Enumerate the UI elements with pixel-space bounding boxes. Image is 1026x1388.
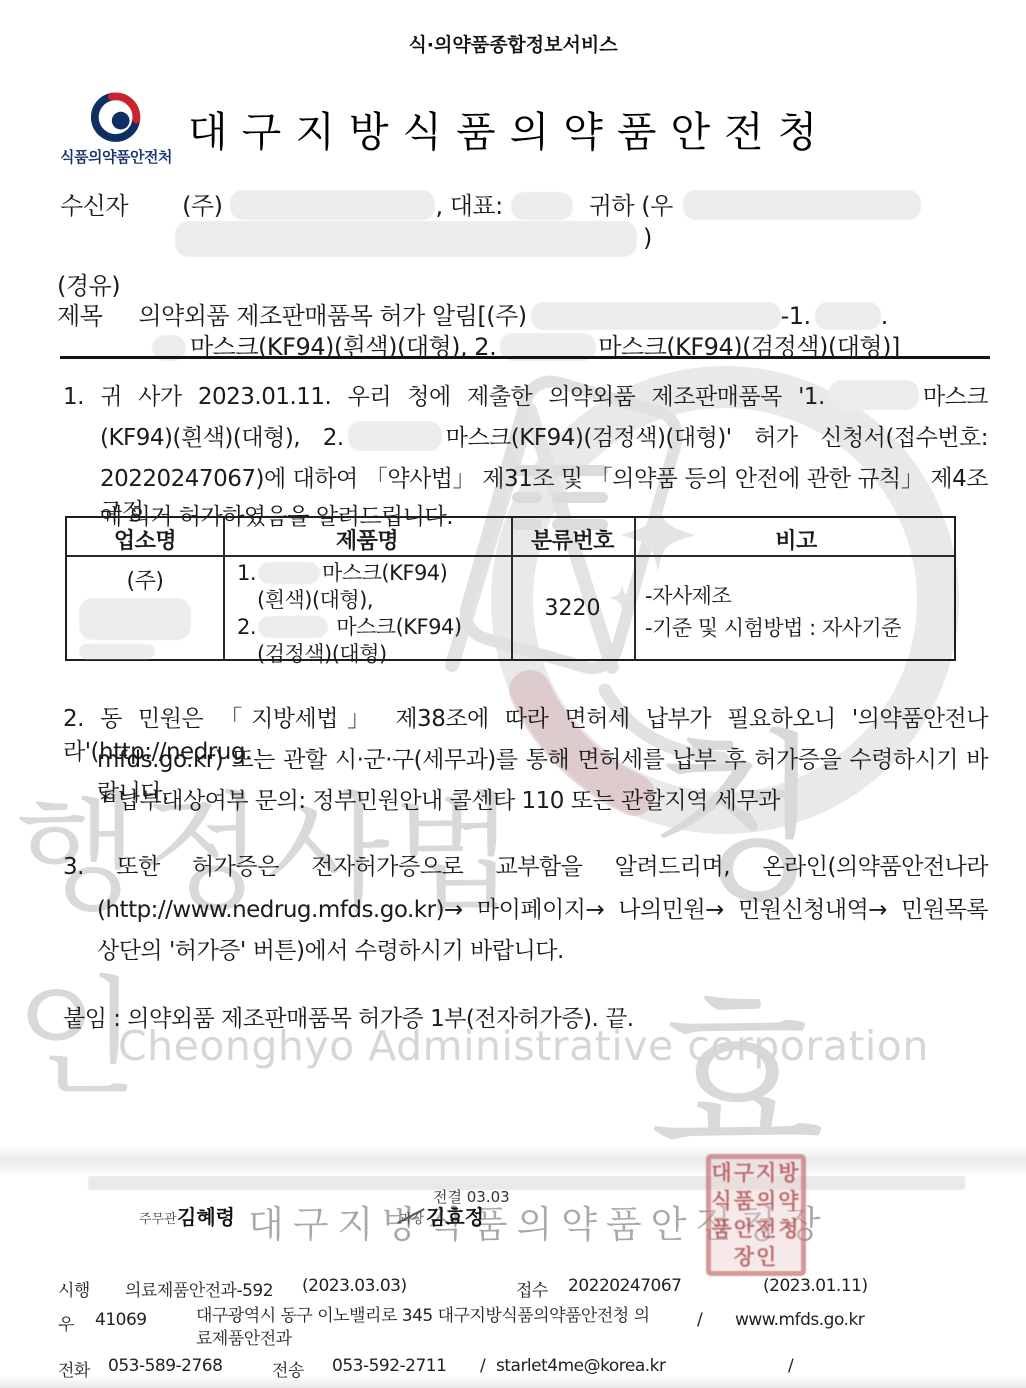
receipt-label: 접수 bbox=[516, 1276, 548, 1301]
redacted-product2 bbox=[348, 421, 442, 451]
cell-product: 1.마스크(KF94) (흰색)(대형), 2. 마스크(KF94) (검정색)… bbox=[237, 560, 462, 668]
redacted-rep-name bbox=[511, 192, 573, 220]
redacted-product1 bbox=[829, 380, 919, 410]
recipient-line: 수신자(주), 대표:귀하 (우 bbox=[60, 186, 921, 221]
slash-2: / bbox=[480, 1356, 485, 1376]
body2-line3: * 납부대상여부 문의: 정부민원안내 콜센타 110 또는 관할지역 세무과 bbox=[100, 782, 780, 815]
redacted-subject-company bbox=[531, 302, 781, 330]
body1-l1-post: 마스크 bbox=[923, 384, 988, 410]
product-line1: 1.마스크(KF94) bbox=[237, 560, 462, 587]
product-l3-text: 마스크(KF94) bbox=[330, 615, 462, 639]
product-l3-num: 2. bbox=[237, 615, 256, 639]
body3-line2: (http://www.nedrug.mfds.go.kr)→ 마이페이지→ 나… bbox=[97, 891, 988, 924]
attachment-line: 붙임 : 의약외품 제조판매품목 허가증 1부(전자허가증). 끝. bbox=[63, 1000, 634, 1033]
bottom-scan-band bbox=[0, 1376, 1026, 1388]
document-page: 행정사법인 청효 Cheonghyo Administrative corpor… bbox=[0, 0, 1026, 1388]
receipt-date: (2023.01.11) bbox=[763, 1276, 868, 1296]
subject-end: . bbox=[881, 302, 888, 330]
body1-line1: 1. 귀 사가 2023.01.11. 우리 청에 제출한 의약외품 제조판매품… bbox=[63, 378, 988, 411]
col-header-remark: 비고 bbox=[634, 524, 958, 555]
redacted-tbl-product1 bbox=[258, 562, 320, 584]
body3-line3: 상단의 '허가증' 버튼)에서 수령하시기 바랍니다. bbox=[97, 932, 564, 965]
enforce-value: 의료제품안전과-592 bbox=[125, 1276, 273, 1301]
staff-title: 주무관 bbox=[139, 1208, 177, 1227]
enforce-date: (2023.03.03) bbox=[302, 1276, 407, 1296]
staff-name: 김혜령 bbox=[177, 1201, 235, 1230]
seal-row-1: 대구지방 bbox=[711, 1160, 801, 1186]
redacted-address bbox=[175, 221, 637, 257]
subject-line1: 제목의약외품 제조판매품목 허가 알림[(주)-1.. bbox=[57, 296, 888, 331]
col-header-product: 제품명 bbox=[223, 524, 511, 555]
cell-remark2: -기준 및 시험방법 : 자사기준 bbox=[645, 612, 901, 642]
zip-label: 우 bbox=[58, 1310, 74, 1335]
tel-label: 전화 bbox=[58, 1356, 90, 1381]
recipient-company-prefix: (주) bbox=[182, 192, 222, 220]
fax-value: 053-592-2711 bbox=[332, 1356, 446, 1376]
page-title: 대구지방식품의약품안전청 bbox=[188, 99, 831, 158]
enforce-label: 시행 bbox=[58, 1276, 90, 1301]
seal-row-3: 품안전청 bbox=[711, 1216, 801, 1242]
redacted-postcode bbox=[683, 190, 921, 220]
official-seal-stamp: 대구지방 식품의약 품안전청 장인 bbox=[706, 1154, 806, 1276]
cell-business-prefix: (주) bbox=[67, 564, 223, 595]
body1-l1-pre: 1. 귀 사가 2023.01.11. 우리 청에 제출한 의약외품 제조판매품… bbox=[63, 384, 825, 410]
scan-band bbox=[0, 1148, 1026, 1174]
mfds-emblem-icon bbox=[90, 91, 142, 143]
recipient-honorific: 귀하 (우 bbox=[589, 192, 673, 220]
body1-l2-pre: (KF94)(흰색)(대형), 2. bbox=[100, 425, 344, 451]
slash-3: / bbox=[788, 1356, 793, 1376]
subject-label: 제목 bbox=[57, 302, 102, 330]
redacted-business-name bbox=[79, 598, 191, 640]
body1-l2-post: 마스크(KF94)(검정색)(대형)' 허가 신청서(접수번호: bbox=[446, 425, 988, 451]
subject-text1: 의약외품 제조판매품목 허가 알림[(주) bbox=[138, 302, 526, 330]
body3-line1: 3. 또한 허가증은 전자허가증으로 교부함을 알려드리며, 온라인(의약품안전… bbox=[63, 848, 988, 881]
manager-name: 김효정 bbox=[426, 1201, 484, 1230]
recipient-rep-label: , 대표: bbox=[435, 192, 502, 220]
redacted-tbl-product2 bbox=[258, 616, 328, 638]
recipient-close-paren: ) bbox=[643, 224, 652, 252]
signature-bar bbox=[88, 1176, 965, 1190]
product-line3: 2. 마스크(KF94) bbox=[237, 614, 462, 641]
product-l1-text: 마스크(KF94) bbox=[322, 561, 447, 585]
col-header-classno: 분류번호 bbox=[511, 524, 634, 555]
subject-mid: -1. bbox=[781, 302, 811, 330]
body1-line2: (KF94)(흰색)(대형), 2.마스크(KF94)(검정색)(대형)' 허가… bbox=[100, 419, 988, 452]
subject-underline bbox=[60, 356, 990, 359]
tel-value: 053-589-2768 bbox=[108, 1356, 222, 1376]
service-header: 식·의약품종합정보서비스 bbox=[0, 30, 1026, 57]
mfds-logo-label: 식품의약품안전처 bbox=[50, 146, 182, 167]
product-line4: (검정색)(대형) bbox=[237, 641, 462, 668]
receipt-value: 20220247067 bbox=[568, 1276, 681, 1296]
address-line1: 대구광역시 동구 이노밸리로 345 대구지방식품의약품안전청 의 bbox=[196, 1301, 650, 1326]
slash-1: / bbox=[697, 1310, 702, 1330]
zip-value: 41069 bbox=[95, 1310, 147, 1330]
col-header-business: 업소명 bbox=[67, 524, 223, 555]
cell-classno: 3220 bbox=[511, 596, 634, 621]
website-url: www.mfds.go.kr bbox=[735, 1310, 864, 1330]
product-line2: (흰색)(대형), bbox=[237, 587, 462, 614]
address-line2: 료제품안전과 bbox=[196, 1324, 292, 1349]
email-address: starlet4me@korea.kr bbox=[496, 1356, 665, 1376]
table-header-divider bbox=[67, 555, 954, 557]
cell-remark1: -자사제조 bbox=[645, 580, 731, 610]
redacted-business-name2 bbox=[79, 644, 155, 659]
permit-table: 업소명 제품명 분류번호 비고 (주) 1.마스크(KF94) (흰색)(대형)… bbox=[65, 516, 956, 661]
redacted-company-name bbox=[230, 190, 435, 220]
redacted-subject-product1 bbox=[815, 302, 881, 330]
seal-row-4: 장인 bbox=[711, 1244, 801, 1270]
product-l1-num: 1. bbox=[237, 561, 256, 585]
recipient-label: 수신자 bbox=[60, 192, 128, 220]
seal-row-2: 식품의약 bbox=[711, 1188, 801, 1214]
fax-label: 전송 bbox=[272, 1356, 304, 1381]
